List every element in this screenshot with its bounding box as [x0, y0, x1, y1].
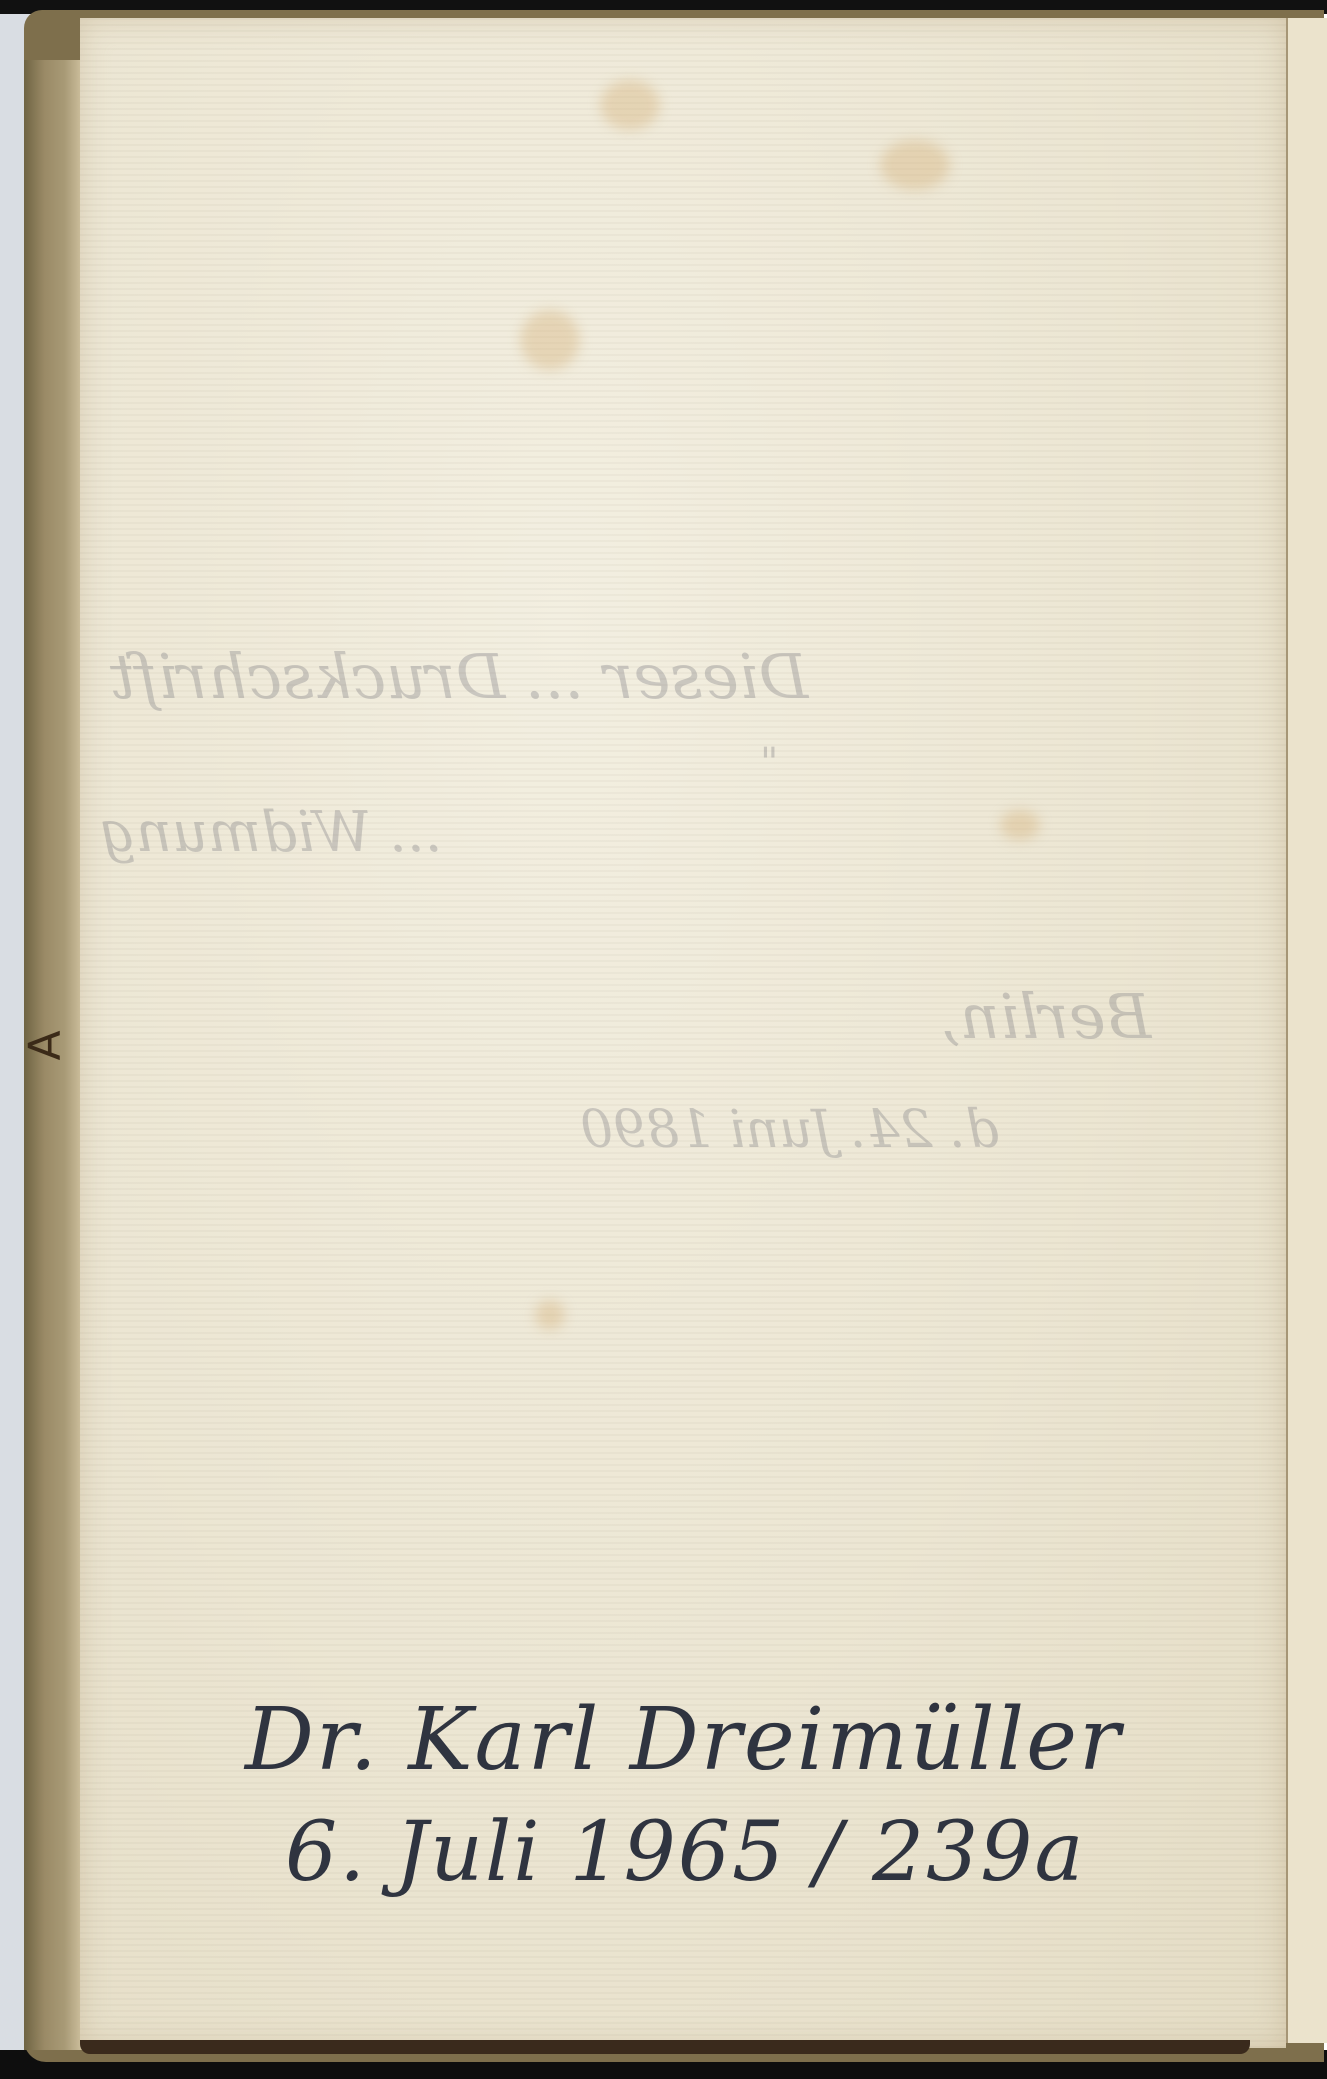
show-through-line-5: d. 24. Juni 1890 [580, 1100, 999, 1160]
foxing-stain [520, 310, 580, 370]
show-through-line-1: Dieser ... Druckschrift [110, 640, 808, 713]
show-through-line-3: ... Widmung [100, 800, 443, 865]
owner-inscription-name: Dr. Karl Dreimüller [245, 1690, 1122, 1790]
foxing-stain [535, 1300, 565, 1330]
show-through-line-2: " [760, 740, 778, 786]
foxing-stain [1000, 810, 1040, 840]
scanned-page: A Dieser ... Druckschrift " ... Widmung … [0, 0, 1327, 2079]
owner-inscription-date: 6. Juli 1965 / 239a [285, 1805, 1085, 1900]
foxing-stain [600, 80, 660, 130]
show-through-line-4: Berlin, [940, 980, 1151, 1053]
spine-mark: A [20, 1030, 71, 1060]
adjacent-page-edge [1286, 18, 1327, 2043]
foxing-stain [880, 140, 950, 190]
page-bottom-edge [80, 2040, 1250, 2054]
